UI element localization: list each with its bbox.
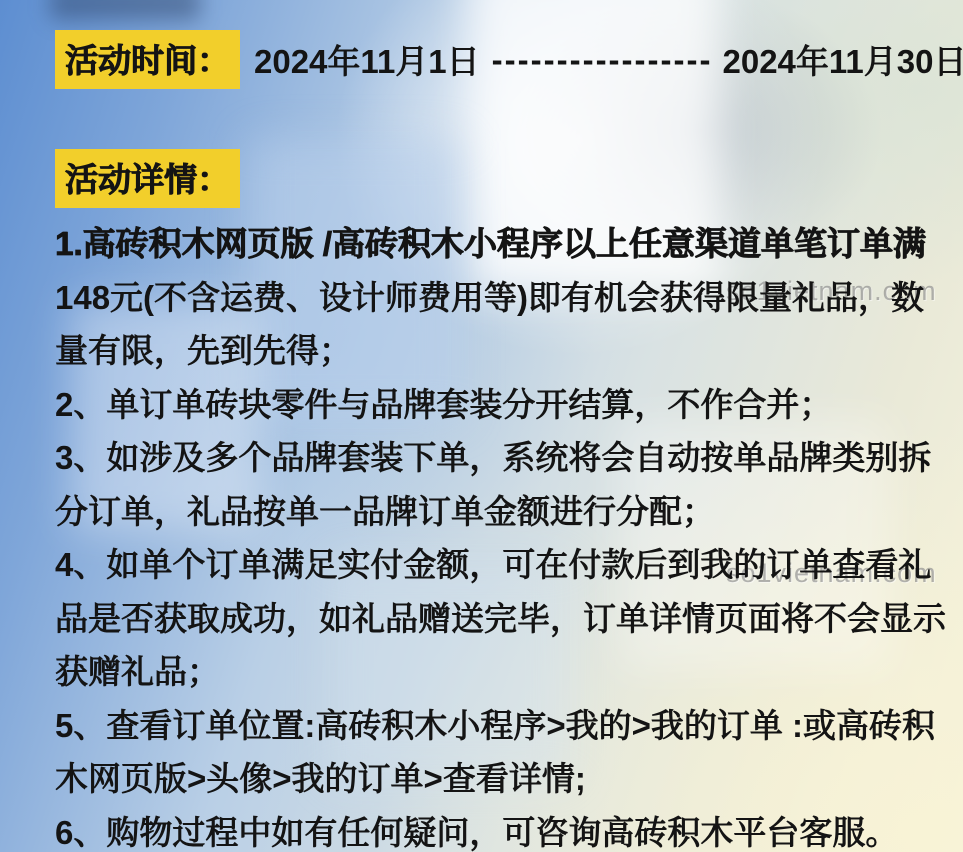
detail-line-9: 获赠礼品； — [55, 645, 935, 699]
activity-time-end-date: 2024年11月30日 — [722, 36, 963, 83]
activity-time-dashes: ----------------- — [492, 41, 713, 79]
detail-line-12: 6、购物过程中如有任何疑问，可咨询高砖积木平台客服。 — [55, 806, 935, 852]
activity-time-label: 活动时间： — [55, 30, 240, 89]
detail-line-8: 品是否获取成功，如礼品赠送完毕，订单详情页面将不会显示 — [55, 592, 935, 646]
poster-content: 活动时间： 2024年11月1日 ----------------- 2024年… — [55, 30, 935, 852]
detail-line-1: 1.高砖积木网页版 /高砖积木小程序以上任意渠道单笔订单满 — [55, 217, 935, 271]
detail-line-3: 量有限，先到先得； — [55, 324, 935, 378]
detail-line-6: 分订单，礼品按单一品牌订单金额进行分配； — [55, 485, 935, 539]
activity-details-text: 1.高砖积木网页版 /高砖积木小程序以上任意渠道单笔订单满 148元(不含运费、… — [55, 217, 935, 852]
detail-line-5: 3、如涉及多个品牌套装下单，系统将会自动按单品牌类别拆 — [55, 431, 935, 485]
activity-time-row: 活动时间： 2024年11月1日 ----------------- 2024年… — [55, 30, 935, 89]
detail-line-10: 5、查看订单位置:高砖积木小程序>我的>我的订单 :或高砖积 — [55, 699, 935, 753]
detail-line-4: 2、单订单砖块零件与品牌套装分开结算，不作合并； — [55, 378, 935, 432]
detail-line-7: 4、如单个订单满足实付金额，可在付款后到我的订单查看礼 — [55, 538, 935, 592]
activity-time-start-date: 2024年11月1日 — [254, 36, 480, 83]
activity-details-label: 活动详情： — [55, 149, 240, 208]
bg-smudge — [50, 0, 200, 20]
activity-details-header: 活动详情： — [55, 149, 935, 208]
detail-line-11: 木网页版>头像>我的订单>查看详情; — [55, 752, 935, 806]
detail-line-2: 148元(不含运费、设计师费用等)即有机会获得限量礼品，数 — [55, 271, 935, 325]
promo-poster: so1vietnam.com so1vietnam.com 活动时间： 2024… — [0, 0, 963, 852]
